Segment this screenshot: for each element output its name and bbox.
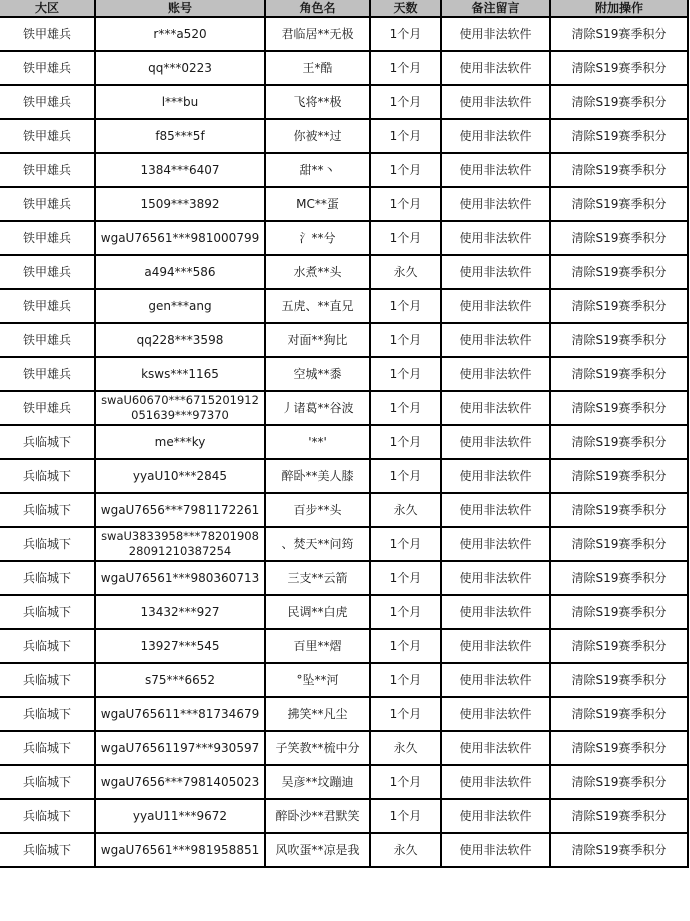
cell-days: 1个月 xyxy=(370,561,441,595)
cell-action: 清除S19赛季积分 xyxy=(550,663,688,697)
cell-region: 铁甲雄兵 xyxy=(0,119,95,153)
cell-account: swaU3833958***7820190828091210387254 xyxy=(95,527,265,561)
cell-action: 清除S19赛季积分 xyxy=(550,289,688,323)
cell-days: 永久 xyxy=(370,493,441,527)
cell-role-name: 甜**丶 xyxy=(265,153,370,187)
cell-action: 清除S19赛季积分 xyxy=(550,493,688,527)
cell-account: wgaU765611***81734679 xyxy=(95,697,265,731)
cell-note: 使用非法软件 xyxy=(441,663,550,697)
table-row: 铁甲雄兵qq228***3598对面**狗比1个月使用非法软件清除S19赛季积分 xyxy=(0,323,688,357)
cell-days: 1个月 xyxy=(370,629,441,663)
table-row: 铁甲雄兵swaU60670***6715201912051639***97370… xyxy=(0,391,688,425)
table-row: 兵临城下wgaU765611***81734679拂笑**凡尘1个月使用非法软件… xyxy=(0,697,688,731)
cell-role-name: °坠**河 xyxy=(265,663,370,697)
cell-account: qq***0223 xyxy=(95,51,265,85)
table-row: 铁甲雄兵gen***ang五虎、**直兄1个月使用非法软件清除S19赛季积分 xyxy=(0,289,688,323)
cell-note: 使用非法软件 xyxy=(441,527,550,561)
cell-action: 清除S19赛季积分 xyxy=(550,629,688,663)
cell-role-name: 吴彦**坟蹦迪 xyxy=(265,765,370,799)
cell-days: 1个月 xyxy=(370,459,441,493)
cell-action: 清除S19赛季积分 xyxy=(550,833,688,867)
cell-action: 清除S19赛季积分 xyxy=(550,51,688,85)
header-row: 大区 账号 角色名 天数 备注留言 附加操作 xyxy=(0,0,688,17)
cell-days: 1个月 xyxy=(370,663,441,697)
cell-action: 清除S19赛季积分 xyxy=(550,799,688,833)
cell-action: 清除S19赛季积分 xyxy=(550,357,688,391)
cell-account: r***a520 xyxy=(95,17,265,51)
table-row: 铁甲雄兵a494***586水煮**头永久使用非法软件清除S19赛季积分 xyxy=(0,255,688,289)
cell-action: 清除S19赛季积分 xyxy=(550,595,688,629)
cell-days: 1个月 xyxy=(370,17,441,51)
cell-role-name: 王*酷 xyxy=(265,51,370,85)
cell-region: 铁甲雄兵 xyxy=(0,357,95,391)
cell-role-name: 君临居**无极 xyxy=(265,17,370,51)
cell-days: 永久 xyxy=(370,255,441,289)
header-role-name: 角色名 xyxy=(265,0,370,17)
cell-region: 兵临城下 xyxy=(0,663,95,697)
table-row: 铁甲雄兵1384***6407甜**丶1个月使用非法软件清除S19赛季积分 xyxy=(0,153,688,187)
cell-region: 兵临城下 xyxy=(0,833,95,867)
table-row: 兵临城下s75***6652°坠**河1个月使用非法软件清除S19赛季积分 xyxy=(0,663,688,697)
cell-role-name: 空城**黍 xyxy=(265,357,370,391)
cell-action: 清除S19赛季积分 xyxy=(550,153,688,187)
cell-note: 使用非法软件 xyxy=(441,391,550,425)
cell-days: 1个月 xyxy=(370,289,441,323)
cell-action: 清除S19赛季积分 xyxy=(550,425,688,459)
cell-action: 清除S19赛季积分 xyxy=(550,119,688,153)
cell-region: 兵临城下 xyxy=(0,629,95,663)
cell-note: 使用非法软件 xyxy=(441,187,550,221)
table-row: 兵临城下swaU3833958***7820190828091210387254… xyxy=(0,527,688,561)
header-region: 大区 xyxy=(0,0,95,17)
cell-region: 兵临城下 xyxy=(0,561,95,595)
cell-note: 使用非法软件 xyxy=(441,221,550,255)
cell-note: 使用非法软件 xyxy=(441,119,550,153)
table-row: 兵临城下13927***545百里**熠1个月使用非法软件清除S19赛季积分 xyxy=(0,629,688,663)
cell-note: 使用非法软件 xyxy=(441,629,550,663)
table-row: 兵临城下wgaU7656***7981405023吴彦**坟蹦迪1个月使用非法软… xyxy=(0,765,688,799)
cell-region: 铁甲雄兵 xyxy=(0,255,95,289)
cell-role-name: 水煮**头 xyxy=(265,255,370,289)
cell-region: 铁甲雄兵 xyxy=(0,221,95,255)
cell-account: 13927***545 xyxy=(95,629,265,663)
table-row: 铁甲雄兵l***bu飞将**极1个月使用非法软件清除S19赛季积分 xyxy=(0,85,688,119)
cell-region: 兵临城下 xyxy=(0,595,95,629)
cell-action: 清除S19赛季积分 xyxy=(550,187,688,221)
cell-account: 13432***927 xyxy=(95,595,265,629)
table-row: 铁甲雄兵wgaU76561***981000799氵**兮1个月使用非法软件清除… xyxy=(0,221,688,255)
cell-account: qq228***3598 xyxy=(95,323,265,357)
cell-action: 清除S19赛季积分 xyxy=(550,255,688,289)
cell-account: 1509***3892 xyxy=(95,187,265,221)
cell-account: f85***5f xyxy=(95,119,265,153)
cell-note: 使用非法软件 xyxy=(441,425,550,459)
cell-note: 使用非法软件 xyxy=(441,799,550,833)
table-row: 兵临城下wgaU76561***980360713三支**云箭1个月使用非法软件… xyxy=(0,561,688,595)
cell-days: 1个月 xyxy=(370,391,441,425)
table-row: 兵临城下me***ky'**'1个月使用非法软件清除S19赛季积分 xyxy=(0,425,688,459)
cell-account: wgaU76561***981000799 xyxy=(95,221,265,255)
cell-role-name: 风吹蛋**凉是我 xyxy=(265,833,370,867)
table-row: 兵临城下13432***927民调**白虎1个月使用非法软件清除S19赛季积分 xyxy=(0,595,688,629)
cell-note: 使用非法软件 xyxy=(441,289,550,323)
cell-days: 1个月 xyxy=(370,323,441,357)
cell-action: 清除S19赛季积分 xyxy=(550,391,688,425)
header-days: 天数 xyxy=(370,0,441,17)
cell-days: 1个月 xyxy=(370,697,441,731)
cell-region: 铁甲雄兵 xyxy=(0,391,95,425)
cell-account: yyaU10***2845 xyxy=(95,459,265,493)
header-note: 备注留言 xyxy=(441,0,550,17)
cell-role-name: 氵**兮 xyxy=(265,221,370,255)
cell-region: 兵临城下 xyxy=(0,493,95,527)
cell-account: me***ky xyxy=(95,425,265,459)
cell-account: wgaU7656***7981172261 xyxy=(95,493,265,527)
cell-days: 1个月 xyxy=(370,153,441,187)
cell-region: 铁甲雄兵 xyxy=(0,153,95,187)
cell-account: wgaU7656***7981405023 xyxy=(95,765,265,799)
cell-role-name: 飞将**极 xyxy=(265,85,370,119)
cell-days: 1个月 xyxy=(370,221,441,255)
cell-account: a494***586 xyxy=(95,255,265,289)
table-row: 兵临城下wgaU76561197***930597子笑教**梳中分永久使用非法软… xyxy=(0,731,688,765)
cell-role-name: MC**蛋 xyxy=(265,187,370,221)
cell-action: 清除S19赛季积分 xyxy=(550,561,688,595)
cell-role-name: 子笑教**梳中分 xyxy=(265,731,370,765)
cell-account: gen***ang xyxy=(95,289,265,323)
cell-account: 1384***6407 xyxy=(95,153,265,187)
cell-action: 清除S19赛季积分 xyxy=(550,459,688,493)
cell-region: 铁甲雄兵 xyxy=(0,17,95,51)
table-row: 铁甲雄兵f85***5f你被**过1个月使用非法软件清除S19赛季积分 xyxy=(0,119,688,153)
cell-account: wgaU76561***980360713 xyxy=(95,561,265,595)
cell-role-name: 百步**头 xyxy=(265,493,370,527)
table-row: 兵临城下yyaU10***2845醉卧**美人膝1个月使用非法软件清除S19赛季… xyxy=(0,459,688,493)
cell-role-name: 醉卧**美人膝 xyxy=(265,459,370,493)
cell-note: 使用非法软件 xyxy=(441,833,550,867)
cell-days: 1个月 xyxy=(370,425,441,459)
cell-region: 兵临城下 xyxy=(0,527,95,561)
cell-action: 清除S19赛季积分 xyxy=(550,765,688,799)
cell-note: 使用非法软件 xyxy=(441,765,550,799)
cell-note: 使用非法软件 xyxy=(441,595,550,629)
cell-action: 清除S19赛季积分 xyxy=(550,323,688,357)
cell-region: 兵临城下 xyxy=(0,765,95,799)
cell-days: 永久 xyxy=(370,731,441,765)
cell-note: 使用非法软件 xyxy=(441,85,550,119)
cell-role-name: 百里**熠 xyxy=(265,629,370,663)
cell-note: 使用非法软件 xyxy=(441,153,550,187)
cell-region: 铁甲雄兵 xyxy=(0,187,95,221)
cell-days: 1个月 xyxy=(370,85,441,119)
cell-region: 铁甲雄兵 xyxy=(0,85,95,119)
cell-action: 清除S19赛季积分 xyxy=(550,697,688,731)
cell-role-name: 丿诸葛**谷波 xyxy=(265,391,370,425)
cell-role-name: 五虎、**直兄 xyxy=(265,289,370,323)
table-row: 铁甲雄兵r***a520君临居**无极1个月使用非法软件清除S19赛季积分 xyxy=(0,17,688,51)
cell-account: ksws***1165 xyxy=(95,357,265,391)
cell-note: 使用非法软件 xyxy=(441,697,550,731)
cell-note: 使用非法软件 xyxy=(441,493,550,527)
cell-region: 铁甲雄兵 xyxy=(0,289,95,323)
cell-role-name: 醉卧沙**君默笑 xyxy=(265,799,370,833)
table-body: 铁甲雄兵r***a520君临居**无极1个月使用非法软件清除S19赛季积分铁甲雄… xyxy=(0,17,688,867)
cell-days: 1个月 xyxy=(370,119,441,153)
cell-region: 兵临城下 xyxy=(0,459,95,493)
cell-role-name: '**' xyxy=(265,425,370,459)
cell-days: 1个月 xyxy=(370,527,441,561)
table-row: 兵临城下wgaU7656***7981172261百步**头永久使用非法软件清除… xyxy=(0,493,688,527)
header-action: 附加操作 xyxy=(550,0,688,17)
cell-note: 使用非法软件 xyxy=(441,357,550,391)
cell-region: 铁甲雄兵 xyxy=(0,51,95,85)
cell-role-name: 对面**狗比 xyxy=(265,323,370,357)
cell-note: 使用非法软件 xyxy=(441,323,550,357)
cell-action: 清除S19赛季积分 xyxy=(550,527,688,561)
cell-account: l***bu xyxy=(95,85,265,119)
cell-account: s75***6652 xyxy=(95,663,265,697)
cell-action: 清除S19赛季积分 xyxy=(550,221,688,255)
cell-note: 使用非法软件 xyxy=(441,731,550,765)
cell-region: 兵临城下 xyxy=(0,799,95,833)
cell-days: 1个月 xyxy=(370,187,441,221)
cell-account: wgaU76561***981958851 xyxy=(95,833,265,867)
cell-note: 使用非法软件 xyxy=(441,17,550,51)
cell-action: 清除S19赛季积分 xyxy=(550,731,688,765)
cell-days: 1个月 xyxy=(370,357,441,391)
cell-note: 使用非法软件 xyxy=(441,51,550,85)
cell-days: 1个月 xyxy=(370,765,441,799)
cell-note: 使用非法软件 xyxy=(441,561,550,595)
cell-account: swaU60670***6715201912051639***97370 xyxy=(95,391,265,425)
cell-region: 兵临城下 xyxy=(0,731,95,765)
cell-days: 永久 xyxy=(370,833,441,867)
cell-days: 1个月 xyxy=(370,595,441,629)
table-row: 铁甲雄兵1509***3892MC**蛋1个月使用非法软件清除S19赛季积分 xyxy=(0,187,688,221)
cell-note: 使用非法软件 xyxy=(441,459,550,493)
cell-account: wgaU76561197***930597 xyxy=(95,731,265,765)
cell-days: 1个月 xyxy=(370,51,441,85)
cell-role-name: 民调**白虎 xyxy=(265,595,370,629)
cell-region: 兵临城下 xyxy=(0,697,95,731)
cell-region: 兵临城下 xyxy=(0,425,95,459)
cell-region: 铁甲雄兵 xyxy=(0,323,95,357)
ban-list-table: 大区 账号 角色名 天数 备注留言 附加操作 铁甲雄兵r***a520君临居**… xyxy=(0,0,689,868)
header-account: 账号 xyxy=(95,0,265,17)
table-row: 兵临城下wgaU76561***981958851风吹蛋**凉是我永久使用非法软… xyxy=(0,833,688,867)
cell-role-name: 你被**过 xyxy=(265,119,370,153)
table-row: 铁甲雄兵ksws***1165空城**黍1个月使用非法软件清除S19赛季积分 xyxy=(0,357,688,391)
cell-role-name: 、焚天**问筠 xyxy=(265,527,370,561)
cell-days: 1个月 xyxy=(370,799,441,833)
cell-role-name: 拂笑**凡尘 xyxy=(265,697,370,731)
table-row: 兵临城下yyaU11***9672醉卧沙**君默笑1个月使用非法软件清除S19赛… xyxy=(0,799,688,833)
cell-action: 清除S19赛季积分 xyxy=(550,85,688,119)
table-row: 铁甲雄兵qq***0223王*酷1个月使用非法软件清除S19赛季积分 xyxy=(0,51,688,85)
cell-note: 使用非法软件 xyxy=(441,255,550,289)
cell-account: yyaU11***9672 xyxy=(95,799,265,833)
cell-role-name: 三支**云箭 xyxy=(265,561,370,595)
cell-action: 清除S19赛季积分 xyxy=(550,17,688,51)
